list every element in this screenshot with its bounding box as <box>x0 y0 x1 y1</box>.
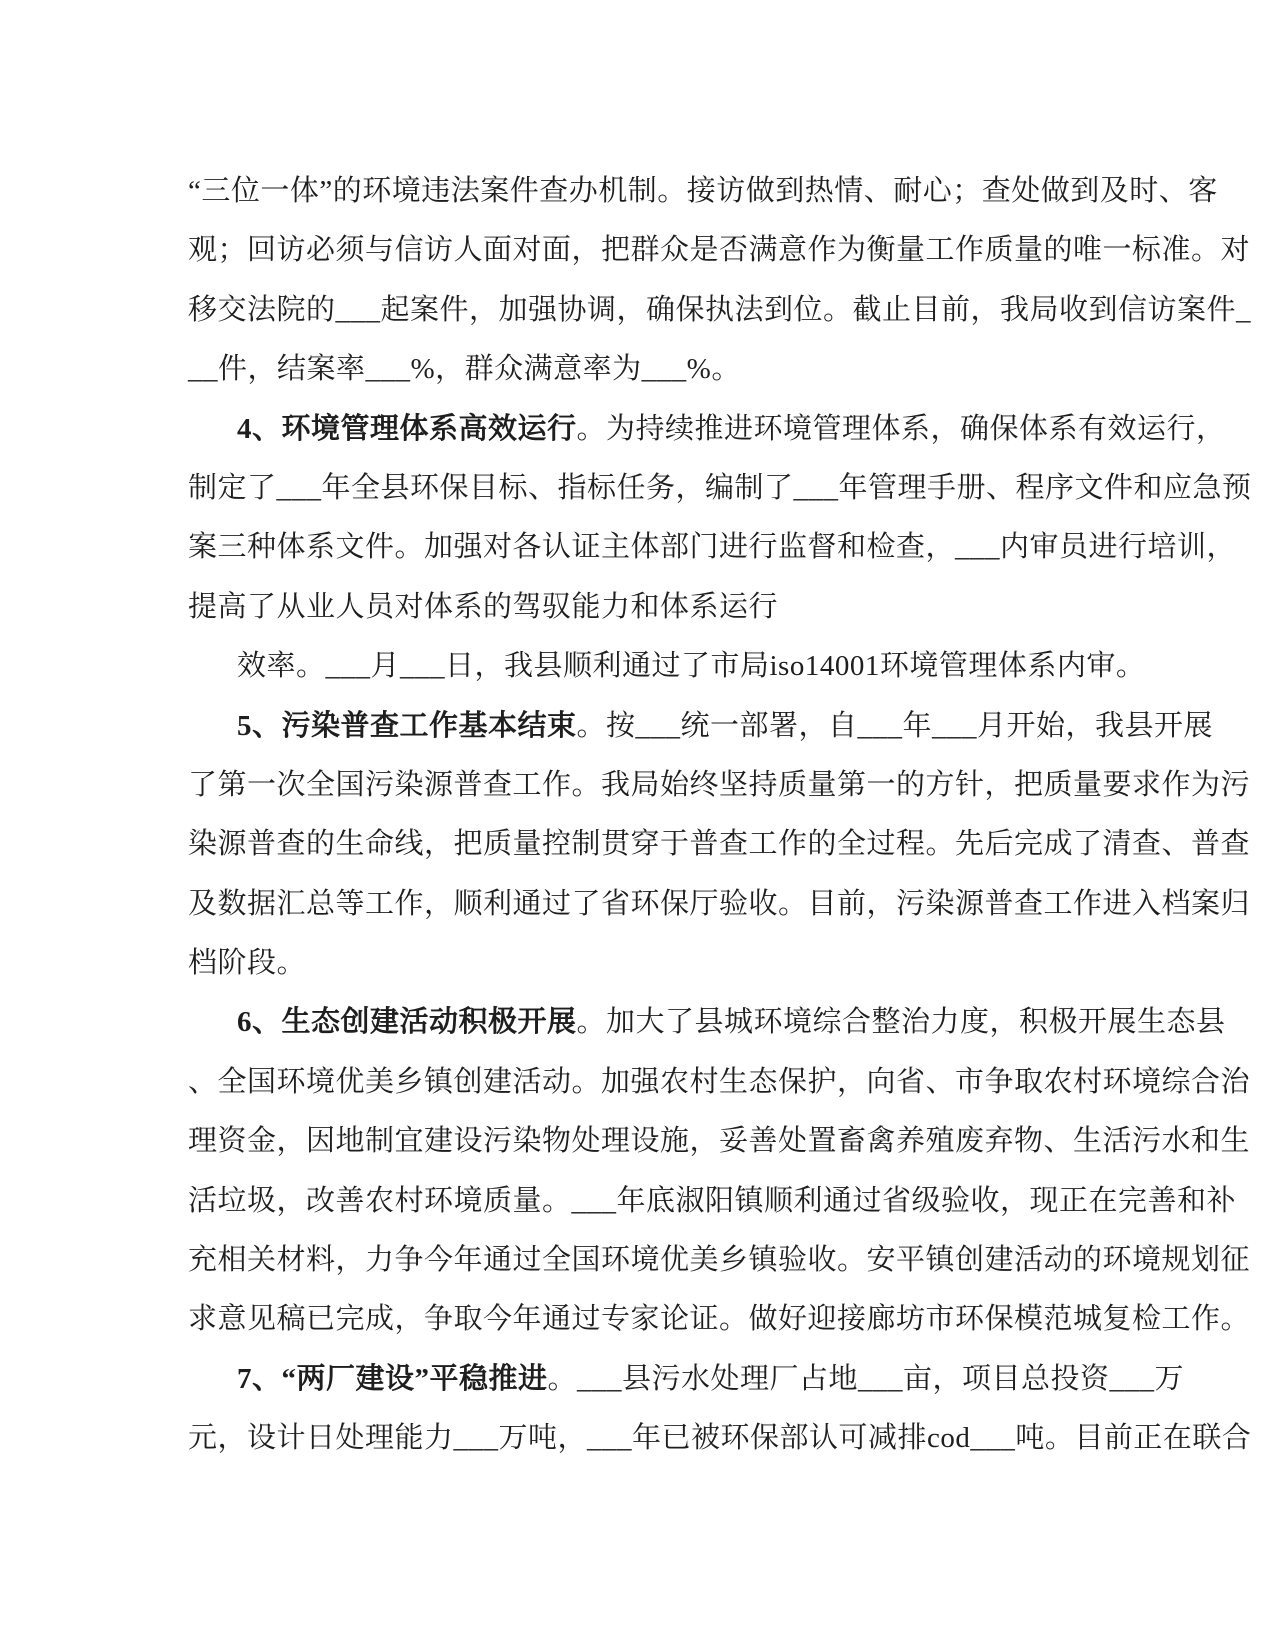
paragraph-body-text: 理资金，因地制宜建设污染物处理设施，妥善处置畜禽养殖废弃物、生活污水和生 <box>188 1125 1250 1157</box>
document-page: “三位一体”的环境违法案件查办机制。接访做到热情、耐心；查处做到及时、客观；回访… <box>0 0 1275 1650</box>
paragraph-body-text: 制定了___年全县环保目标、指标任务，编制了___年管理手册、程序文件和应急预 <box>188 472 1252 504</box>
document-line: 5、污染普查工作基本结束。按___统一部署，自___年___月开始，我县开展 <box>188 697 1188 756</box>
document-line: 元，设计日处理能力___万吨，___年已被环保部认可减排cod___吨。目前正在… <box>188 1409 1188 1468</box>
paragraph-body-text: __件，结案率___%，群众满意率为___%。 <box>188 353 741 385</box>
paragraph-body-text: 。加大了县城环境综合整治力度，积极开展生态县 <box>577 1006 1226 1038</box>
document-line: 活垃圾，改善农村环境质量。___年底淑阳镇顺利通过省级验收，现正在完善和补 <box>188 1172 1188 1231</box>
paragraph-body-text: 求意见稿已完成，争取今年通过专家论证。做好迎接廊坊市环保模范城复检工作。 <box>188 1303 1250 1335</box>
document-line: 效率。___月___日，我县顺利通过了市局iso14001环境管理体系内审。 <box>188 637 1188 696</box>
paragraph-heading-text: 4、环境管理体系高效运行 <box>237 413 577 445</box>
document-line: 、全国环境优美乡镇创建活动。加强农村生态保护，向省、市争取农村环境综合治 <box>188 1053 1188 1112</box>
document-line: 求意见稿已完成，争取今年通过专家论证。做好迎接廊坊市环保模范城复检工作。 <box>188 1290 1188 1349</box>
paragraph-body-text: 元，设计日处理能力___万吨，___年已被环保部认可减排cod___吨。目前正在… <box>188 1422 1251 1454</box>
document-line: 提高了从业人员对体系的驾驭能力和体系运行 <box>188 578 1188 637</box>
document-line: 了第一次全国污染源普查工作。我局始终坚持质量第一的方针，把质量要求作为污 <box>188 756 1188 815</box>
document-line: 档阶段。 <box>188 934 1188 993</box>
document-line: 4、环境管理体系高效运行。为持续推进环境管理体系，确保体系有效运行， <box>188 400 1188 459</box>
document-line: 理资金，因地制宜建设污染物处理设施，妥善处置畜禽养殖废弃物、生活污水和生 <box>188 1112 1188 1171</box>
document-line: 观；回访必须与信访人面对面，把群众是否满意作为衡量工作质量的唯一标准。对 <box>188 221 1188 280</box>
paragraph-body-text: 移交法院的___起案件，加强协调，确保执法到位。截止目前，我局收到信访案件_ <box>188 294 1251 326</box>
document-line: 染源普查的生命线，把质量控制贯穿于普查工作的全过程。先后完成了清查、普查 <box>188 815 1188 874</box>
document-line: 充相关材料，力争今年通过全国环境优美乡镇验收。安平镇创建活动的环境规划征 <box>188 1231 1188 1290</box>
paragraph-heading-text: 7、“两厂建设”平稳推进 <box>237 1363 548 1395</box>
document-line: 7、“两厂建设”平稳推进。___县污水处理厂占地___亩，项目总投资___万 <box>188 1350 1188 1409</box>
paragraph-body-text: 、全国环境优美乡镇创建活动。加强农村生态保护，向省、市争取农村环境综合治 <box>188 1066 1250 1098</box>
paragraph-body-text: 。为持续推进环境管理体系，确保体系有效运行， <box>577 413 1226 445</box>
document-line: 及数据汇总等工作，顺利通过了省环保厅验收。目前，污染源普查工作进入档案归 <box>188 875 1188 934</box>
paragraph-body-text: 活垃圾，改善农村环境质量。___年底淑阳镇顺利通过省级验收，现正在完善和补 <box>188 1185 1236 1217</box>
paragraph-body-text: 染源普查的生命线，把质量控制贯穿于普查工作的全过程。先后完成了清查、普查 <box>188 828 1250 860</box>
document-line: 制定了___年全县环保目标、指标任务，编制了___年管理手册、程序文件和应急预 <box>188 459 1188 518</box>
paragraph-body-text: 观；回访必须与信访人面对面，把群众是否满意作为衡量工作质量的唯一标准。对 <box>188 234 1250 266</box>
document-body: “三位一体”的环境违法案件查办机制。接访做到热情、耐心；查处做到及时、客观；回访… <box>188 162 1188 1469</box>
paragraph-body-text: “三位一体”的环境违法案件查办机制。接访做到热情、耐心；查处做到及时、客 <box>188 175 1218 207</box>
document-line: “三位一体”的环境违法案件查办机制。接访做到热情、耐心；查处做到及时、客 <box>188 162 1188 221</box>
paragraph-body-text: 案三种体系文件。加强对各认证主体部门进行监督和检查，___内审员进行培训， <box>188 531 1236 563</box>
document-line: 6、生态创建活动积极开展。加大了县城环境综合整治力度，积极开展生态县 <box>188 993 1188 1052</box>
paragraph-body-text: 。___县污水处理厂占地___亩，项目总投资___万 <box>548 1363 1185 1395</box>
paragraph-body-text: 。按___统一部署，自___年___月开始，我县开展 <box>577 710 1214 742</box>
paragraph-body-text: 提高了从业人员对体系的驾驭能力和体系运行 <box>188 591 778 623</box>
paragraph-heading-text: 5、污染普查工作基本结束 <box>237 710 577 742</box>
paragraph-body-text: 了第一次全国污染源普查工作。我局始终坚持质量第一的方针，把质量要求作为污 <box>188 769 1250 801</box>
paragraph-body-text: 充相关材料，力争今年通过全国环境优美乡镇验收。安平镇创建活动的环境规划征 <box>188 1244 1250 1276</box>
paragraph-body-text: 档阶段。 <box>188 947 306 979</box>
paragraph-body-text: 及数据汇总等工作，顺利通过了省环保厅验收。目前，污染源普查工作进入档案归 <box>188 888 1250 920</box>
document-line: 移交法院的___起案件，加强协调，确保执法到位。截止目前，我局收到信访案件_ <box>188 281 1188 340</box>
paragraph-body-text: 效率。___月___日，我县顺利通过了市局iso14001环境管理体系内审。 <box>237 650 1145 682</box>
document-line: __件，结案率___%，群众满意率为___%。 <box>188 340 1188 399</box>
document-line: 案三种体系文件。加强对各认证主体部门进行监督和检查，___内审员进行培训， <box>188 518 1188 577</box>
paragraph-heading-text: 6、生态创建活动积极开展 <box>237 1006 577 1038</box>
